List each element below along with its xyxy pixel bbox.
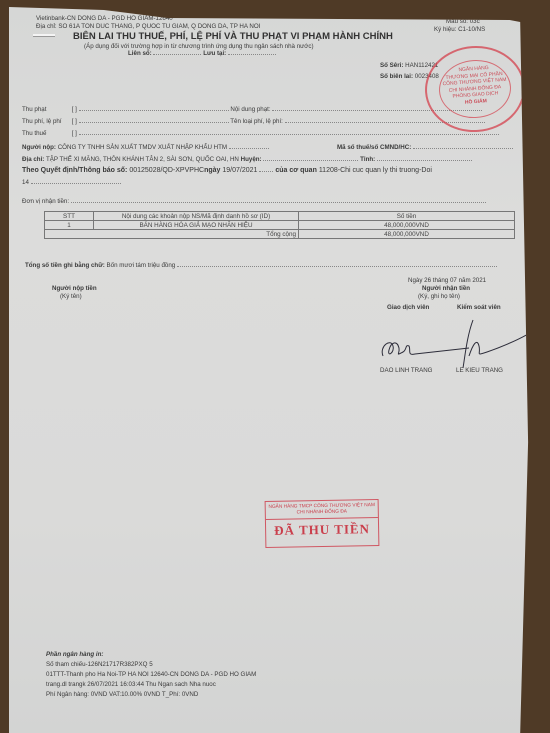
document-title: BIÊN LAI THU THUẾ, PHÍ, LỆ PHÍ VÀ THU PH… — [73, 31, 393, 42]
tax-id-field: Mã số thuế/số CMND/HC: — [337, 144, 513, 151]
staple — [33, 34, 55, 36]
table-total-row: Tổng cộng 48,000,000VND — [45, 230, 515, 239]
table-row: 1 BÁN HÀNG HÓA GIẢ MẠO NHÃN HIỆU 48,000,… — [45, 221, 515, 230]
bank-section-heading: Phần ngân hàng in: — [46, 651, 103, 658]
bank-address: Địa chỉ: SO 61A TON DUC THANG, P QUOC TU… — [36, 23, 260, 30]
decision-row: Theo Quyết định/Thông báo số: 00125028/Q… — [22, 167, 432, 174]
teller-name: DAO LINH TRANG — [380, 367, 433, 374]
amount-in-words-row: Tổng số tiền ghi bằng chữ: Bốn mươi tám … — [25, 262, 497, 269]
teller-title: Giao dịch viên — [387, 304, 429, 311]
controller-name: LE KIEU TRANG — [456, 367, 503, 374]
decision-date: 19/07/2021 — [222, 167, 257, 174]
document-subtitle: (Áp dụng đối với trường hợp in từ chương… — [84, 43, 314, 50]
fine-checkbox: [ ] — [72, 106, 77, 113]
recipient-row: Đơn vị nhận tiền: — [22, 198, 486, 205]
receipt-paper: Vietinbank-CN DONG DA - PGD HO GIAM-1264… — [9, 6, 536, 733]
receiver-sign-note: (Ký, ghi họ tên) — [418, 293, 460, 300]
tax-row: Thu thuế [ ] — [22, 130, 499, 137]
payer-sign-title: Người nộp tiền — [52, 285, 97, 292]
bank-line: Vietinbank-CN DONG DA - PGD HO GIAM-1264… — [36, 15, 173, 22]
address-value: TẬP THỂ XI MĂNG, THÔN KHÁNH TÂN 2, SÀI S… — [46, 156, 239, 163]
receipt-date: Ngày 26 tháng 07 năm 2021 — [408, 277, 486, 284]
controller-title: Kiểm soát viên — [457, 304, 501, 311]
address-row: Địa chỉ: TẬP THỂ XI MĂNG, THÔN KHÁNH TÂN… — [22, 156, 472, 163]
agency-continuation: 14 — [22, 179, 121, 186]
copy-number-field: Liên số: Lưu tại: — [128, 50, 276, 57]
form-code: Mẫu số: 03c — [446, 18, 480, 25]
bank-reference: Số tham chiếu-126N21717R382PXQ 5 — [46, 661, 153, 668]
paid-stamp: NGÂN HÀNG TMCP CÔNG THƯƠNG VIỆT NAM CHI … — [265, 499, 380, 548]
copy-number-label: Liên số: — [128, 50, 152, 57]
form-symbol: Ký hiệu: C1-10/NS — [434, 26, 485, 33]
paid-stamp-text: ĐÃ THU TIỀN — [266, 518, 378, 539]
stored-at-label: Lưu tại: — [203, 50, 226, 57]
fee-checkbox: [ ] — [72, 118, 77, 125]
decision-number: 00125028/QD-XPVPHC — [129, 167, 204, 174]
serial-field: Số Sêri: HAN112421 — [380, 62, 438, 69]
payment-table: STT Nội dung các khoản nộp NS/Mã định da… — [44, 211, 515, 239]
payer-sign-note: (Ký tên) — [60, 293, 82, 300]
table-header-row: STT Nội dung các khoản nộp NS/Mã định da… — [45, 212, 515, 221]
fee-row: Thu phí, lệ phí [ ] Tên loại phí, lệ phí… — [22, 118, 485, 125]
payer-value: CÔNG TY TNHH SẢN XUẤT TMDV XUẤT NHẬP KHẨ… — [58, 144, 227, 151]
bank-branch-line: 01TTT-Thanh pho Ha Noi-TP HA NOI 12640-C… — [46, 671, 256, 678]
agency-value: 11208-Chi cuc quan ly thi truong-Doi — [319, 167, 432, 174]
payer-row: Người nộp: CÔNG TY TNHH SẢN XUẤT TMDV XU… — [22, 144, 269, 151]
amount-in-words-value: Bốn mươi tám triệu đồng — [107, 262, 176, 269]
bank-timestamp-line: trang.dl trangk 26/07/2021 16:03:44 Thu … — [46, 681, 216, 688]
fine-row: Thu phạt [ ] Nội dung phạt: — [22, 106, 482, 113]
receiver-sign-title: Người nhận tiền — [422, 285, 470, 292]
bank-fee-line: Phí Ngân hàng: 0VND VAT:10.00% 0VND T_Ph… — [46, 691, 198, 698]
tax-checkbox: [ ] — [72, 130, 77, 137]
